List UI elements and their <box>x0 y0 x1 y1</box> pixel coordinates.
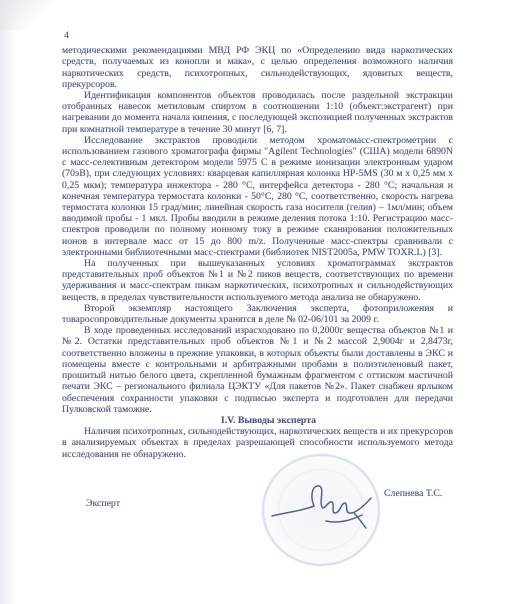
scanned-document-page: 4 методическими рекомендациями МВД РФ ЭК… <box>0 0 513 604</box>
expert-label: Эксперт <box>86 498 120 509</box>
page-number: 4 <box>64 30 453 41</box>
paragraph-second-copy: Второй экземпляр настоящего Заключения э… <box>62 303 453 325</box>
scan-corner-shadow <box>0 0 52 30</box>
paragraph-chromatogram-result: На полученных при вышеуказанных условиях… <box>62 258 453 303</box>
scan-edge-shadow <box>0 0 15 604</box>
expert-signature <box>270 476 382 532</box>
paragraph-methodology: методическими рекомендациями МВД РФ ЭКЦ … <box>62 45 453 90</box>
signature-block: Эксперт Слепнева Т.С. <box>62 476 453 604</box>
paragraph-identification: Идентификация компонентов объектов прово… <box>62 90 453 135</box>
paragraph-conclusion: Наличия психотропных, сильнодействующих,… <box>62 426 453 460</box>
paragraph-gcms-conditions: Исследование экстрактов проводили методо… <box>62 135 453 258</box>
section-heading-conclusions: I.V. Выводы эксперта <box>62 415 453 426</box>
paragraph-samples-remainder: В ходе проведенных исследований израсход… <box>62 325 453 415</box>
expert-name: Слепнева Т.С. <box>384 488 442 499</box>
document-body: 4 методическими рекомендациями МВД РФ ЭК… <box>62 30 453 604</box>
